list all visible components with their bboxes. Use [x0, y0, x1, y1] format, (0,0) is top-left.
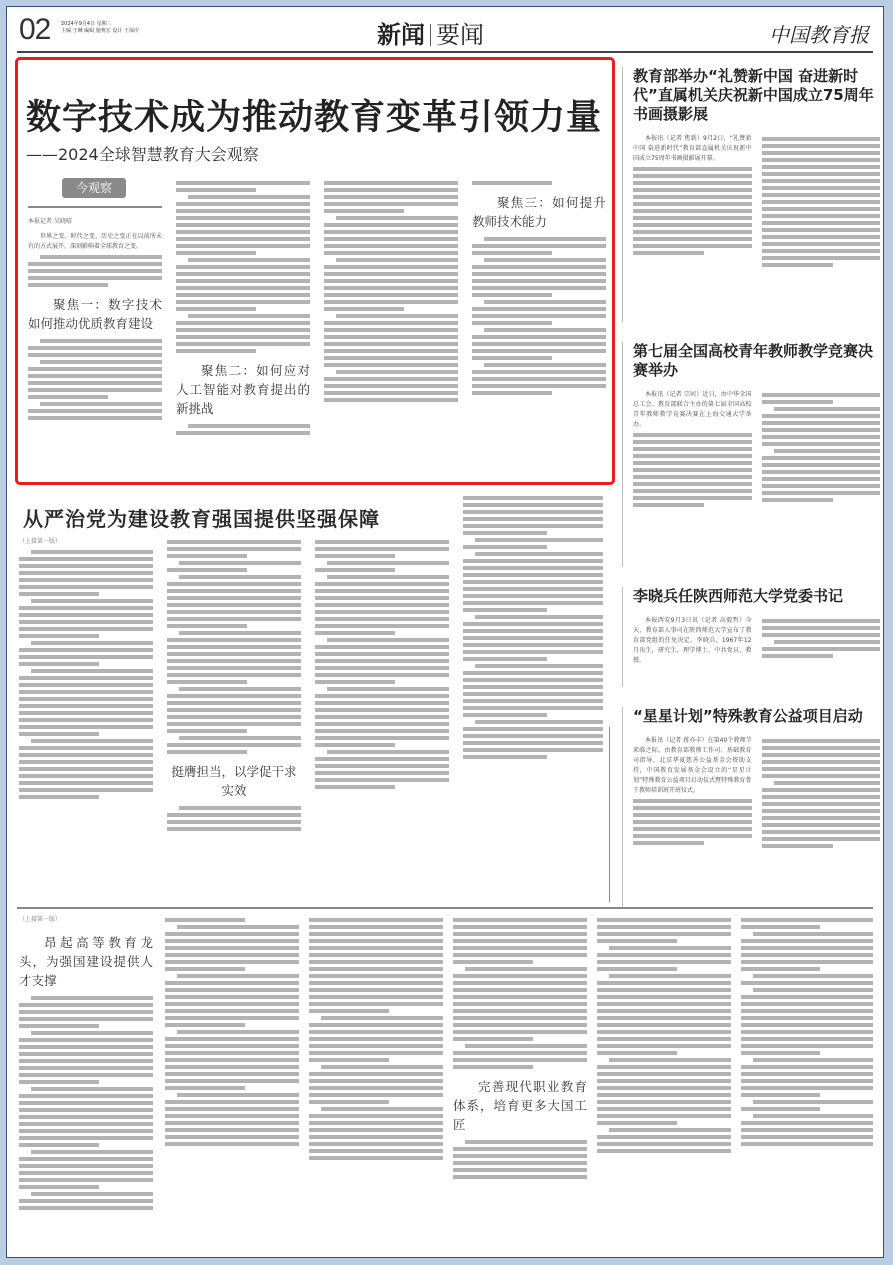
lead-article-title: 数字技术成为推动教育变革引领力量	[26, 90, 602, 140]
middle-article-title[interactable]: 从严治党为建设教育强国提供坚强保障	[23, 503, 380, 532]
right-article-3-title: 李晓兵任陕西师范大学党委书记	[633, 587, 880, 606]
bottom-subhead-2: 完善现代职业教育体系，培育更多大国工匠	[453, 1077, 587, 1134]
section-sub: 要闻	[436, 21, 484, 49]
newspaper-page: 02 2024年9月4日 星期三 主编 王琳 编辑 施赛宏 设计 王保庆 新闻要…	[6, 6, 884, 1258]
issue-meta: 2024年9月4日 星期三 主编 王琳 编辑 施赛宏 设计 王保庆	[61, 21, 139, 35]
bottom-column-5	[597, 915, 731, 1156]
bottom-column-2	[165, 915, 299, 1149]
bottom-column-6	[741, 915, 873, 1149]
middle-column-2: 挺膺担当，以学促干求实效	[167, 537, 301, 834]
right-article-4-title: “星星计划”特殊教育公益项目启动	[633, 707, 880, 726]
bottom-column-3	[309, 915, 443, 1163]
lead-column-2: 聚焦二：如何应对人工智能对教育提出的新挑战	[176, 178, 310, 438]
lead-column-1: 世界之变、时代之变、历史之变正在以前所未有的方式展开，深刻影响着全球教育之变。 …	[28, 232, 162, 423]
right-article-2[interactable]: 第七届全国高校青年教师教学竞赛决赛举办 本报讯（记者 宗河）近日，由中华全国总工…	[622, 342, 880, 567]
subhead-focus-3: 聚焦三：如何提升教师技术能力	[472, 193, 606, 231]
column-divider	[609, 727, 610, 902]
right-article-1[interactable]: 教育部举办“礼赞新中国 奋进新时代”直属机关庆祝新中国成立75周年书画摄影展 本…	[622, 67, 880, 322]
lead-column-3	[324, 178, 458, 405]
middle-continued: （上接第一版）	[19, 537, 153, 547]
page-number: 02	[19, 13, 50, 47]
lead-byline: 本报记者 吴晓晴	[28, 216, 72, 225]
section-main: 新闻	[377, 21, 425, 49]
lead-article-highlight[interactable]: 数字技术成为推动教育变革引领力量 ——2024全球智慧教育大会观察 今观察 本报…	[15, 57, 615, 485]
bottom-column-4: 完善现代职业教育体系，培育更多大国工匠	[453, 915, 587, 1182]
right-article-3[interactable]: 李晓兵任陕西师范大学党委书记 本报西安9月3日讯（记者 高毅哲）今天，教育部人事…	[622, 587, 880, 687]
middle-column-4	[463, 493, 603, 762]
observation-badge: 今观察	[62, 178, 126, 198]
issue-date: 2024年9月4日 星期三	[61, 21, 139, 28]
subhead-focus-2: 聚焦二：如何应对人工智能对教育提出的新挑战	[176, 361, 310, 418]
right-article-1-lead: 本报讯（记者 焦新）9月2日，“礼赞新中国 奋进新时代”教育部直属机关庆祝新中国…	[633, 134, 752, 164]
section-rule	[17, 907, 873, 909]
lead-intro: 世界之变、时代之变、历史之变正在以前所未有的方式展开，深刻影响着全球教育之变。	[28, 232, 162, 252]
masthead: 02 2024年9月4日 星期三 主编 王琳 编辑 施赛宏 设计 王保庆 新闻要…	[17, 13, 873, 51]
middle-column-1: （上接第一版）	[19, 537, 153, 802]
paper-logo: 中国教育报	[769, 19, 869, 48]
bottom-subhead-1: 昂起高等教育龙头，为强国建设提供人才支撑	[19, 933, 153, 990]
right-article-3-lead: 本报西安9月3日讯（记者 高毅哲）今天，教育部人事司在陕西师范大学宣布了教育部党…	[633, 616, 752, 666]
right-article-2-lead: 本报讯（记者 宗河）近日，由中华全国总工会、教育部联合主办的第七届全国高校青年教…	[633, 390, 752, 430]
bottom-column-1: （上接第一版） 昂起高等教育龙头，为强国建设提供人才支撑	[19, 915, 153, 1213]
right-article-2-title: 第七届全国高校青年教师教学竞赛决赛举办	[633, 342, 880, 380]
right-article-4-lead: 本报讯（记者 蒋亦丰）在第40个教师节来临之际，由教育部教师工作司、基础教育司指…	[633, 736, 752, 796]
lead-column-4: 聚焦三：如何提升教师技术能力	[472, 178, 606, 398]
lead-article-subtitle: ——2024全球智慧教育大会观察	[26, 142, 259, 165]
section-divider	[430, 24, 431, 46]
section-title: 新闻要闻	[377, 15, 484, 50]
middle-column-3	[315, 537, 449, 792]
issue-editors: 主编 王琳 编辑 施赛宏 设计 王保庆	[61, 28, 139, 35]
badge-rule	[28, 206, 162, 208]
masthead-rule	[17, 51, 873, 53]
subhead-focus-1: 聚焦一：数字技术如何推动优质教育建设	[28, 295, 162, 333]
middle-subhead: 挺膺担当，以学促干求实效	[167, 762, 301, 800]
right-article-1-title: 教育部举办“礼赞新中国 奋进新时代”直属机关庆祝新中国成立75周年书画摄影展	[633, 67, 880, 124]
right-article-4[interactable]: “星星计划”特殊教育公益项目启动 本报讯（记者 蒋亦丰）在第40个教师节来临之际…	[622, 707, 880, 907]
bottom-continued: （上接第一版）	[19, 915, 153, 925]
